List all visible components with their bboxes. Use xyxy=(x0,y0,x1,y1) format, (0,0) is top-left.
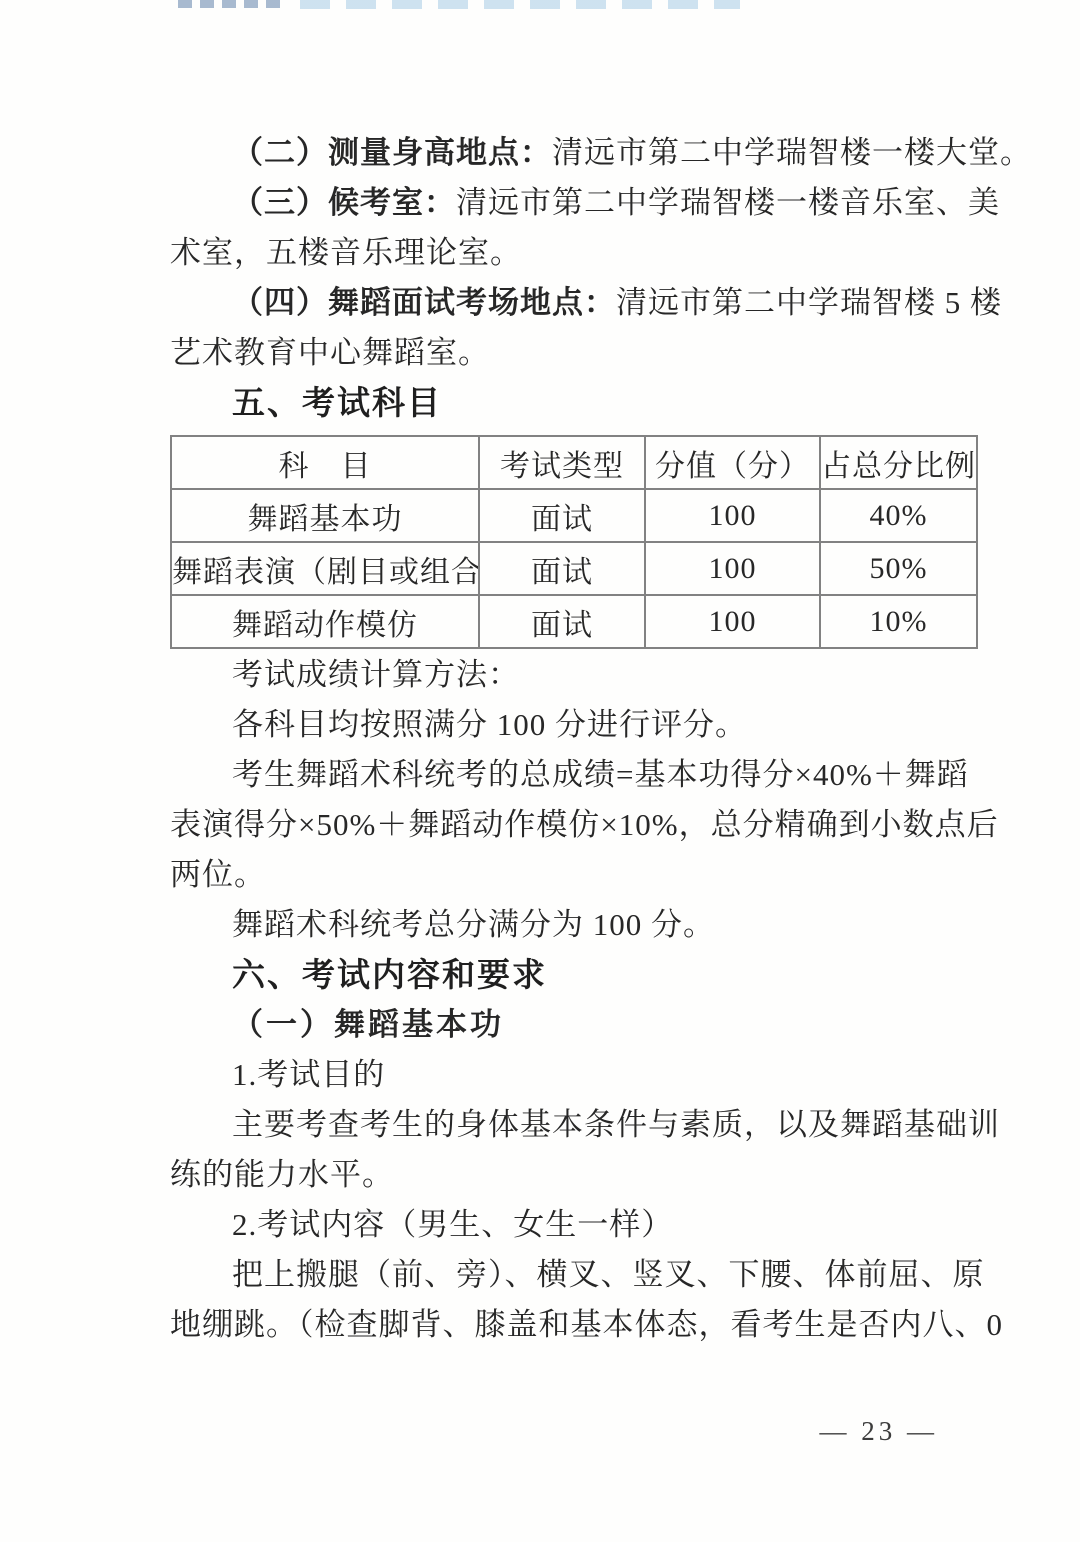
table-cell-weight: 50% xyxy=(820,542,977,595)
calc-method-title: 考试成绩计算方法： xyxy=(170,650,976,700)
table-cell-subject: 舞蹈动作模仿 xyxy=(171,595,479,648)
table-cell-exam-type: 面试 xyxy=(479,542,645,595)
table-cell-exam-type: 面试 xyxy=(479,595,645,648)
table-header-row: 科 目 考试类型 分值（分） 占总分比例 xyxy=(171,436,977,489)
calc-formula-line-1: 考生舞蹈术科统考的总成绩=基本功得分×40%＋舞蹈 xyxy=(170,750,976,800)
clause-3-text: 清远市第二中学瑞智楼一楼音乐室、美 xyxy=(456,185,1000,220)
item-1-title: 1.考试目的 xyxy=(170,1050,976,1100)
item-2-title: 2.考试内容（男生、女生一样） xyxy=(170,1200,976,1250)
clause-2-label: （二）测量身高地点： xyxy=(232,135,552,170)
cropped-header-artifact-dark xyxy=(178,0,288,8)
table-header-subject: 科 目 xyxy=(171,436,479,489)
exam-subjects-table: 科 目 考试类型 分值（分） 占总分比例 舞蹈基本功 面试 100 40% 舞蹈… xyxy=(170,435,978,649)
page-number: — 23 — xyxy=(820,1416,939,1447)
section-6-heading: 六、考试内容和要求 xyxy=(170,950,976,1000)
table-row: 舞蹈基本功 面试 100 40% xyxy=(171,489,977,542)
table-cell-score: 100 xyxy=(645,595,820,648)
calc-line-scoring: 各科目均按照满分 100 分进行评分。 xyxy=(170,700,976,750)
clause-2-line: （二）测量身高地点：清远市第二中学瑞智楼一楼大堂。 xyxy=(170,128,976,178)
section-6-sub1-heading: （一）舞蹈基本功 xyxy=(170,1000,976,1050)
clause-4-line: （四）舞蹈面试考场地点：清远市第二中学瑞智楼 5 楼 xyxy=(170,278,976,328)
table-header-weight: 占总分比例 xyxy=(820,436,977,489)
table-cell-subject: 舞蹈表演（剧目或组合） xyxy=(171,542,479,595)
clause-4-continuation: 艺术教育中心舞蹈室。 xyxy=(170,328,976,378)
clause-4-label: （四）舞蹈面试考场地点： xyxy=(232,285,616,320)
item-2-line-1: 把上搬腿（前、旁）、横叉、竖叉、下腰、体前屈、原 xyxy=(170,1250,976,1300)
section-5-heading: 五、考试科目 xyxy=(170,378,976,428)
clause-4-text: 清远市第二中学瑞智楼 5 楼 xyxy=(616,285,1002,320)
calc-formula-line-3: 两位。 xyxy=(170,850,976,900)
table-cell-subject: 舞蹈基本功 xyxy=(171,489,479,542)
table-header-score: 分值（分） xyxy=(645,436,820,489)
table-row: 舞蹈动作模仿 面试 100 10% xyxy=(171,595,977,648)
clause-3-continuation: 术室，五楼音乐理论室。 xyxy=(170,228,976,278)
document-page: （二）测量身高地点：清远市第二中学瑞智楼一楼大堂。 （三）候考室：清远市第二中学… xyxy=(0,0,1080,1542)
table-header-exam-type: 考试类型 xyxy=(479,436,645,489)
cropped-header-artifact xyxy=(300,0,740,9)
document-content: （二）测量身高地点：清远市第二中学瑞智楼一楼大堂。 （三）候考室：清远市第二中学… xyxy=(170,128,976,1350)
clause-2-text: 清远市第二中学瑞智楼一楼大堂。 xyxy=(552,135,1032,170)
table-cell-score: 100 xyxy=(645,542,820,595)
total-score-line: 舞蹈术科统考总分满分为 100 分。 xyxy=(170,900,976,950)
item-1-line-2: 练的能力水平。 xyxy=(170,1150,976,1200)
table-cell-exam-type: 面试 xyxy=(479,489,645,542)
item-1-line-1: 主要考查考生的身体基本条件与素质，以及舞蹈基础训 xyxy=(170,1100,976,1150)
table-cell-weight: 40% xyxy=(820,489,977,542)
clause-3-label: （三）候考室： xyxy=(232,185,456,220)
item-2-line-2: 地绷跳。（检查脚背、膝盖和基本体态，看考生是否内八、0 xyxy=(170,1300,976,1350)
table-row: 舞蹈表演（剧目或组合） 面试 100 50% xyxy=(171,542,977,595)
clause-3-line: （三）候考室：清远市第二中学瑞智楼一楼音乐室、美 xyxy=(170,178,976,228)
calc-formula-line-2: 表演得分×50%＋舞蹈动作模仿×10%，总分精确到小数点后 xyxy=(170,800,976,850)
table-cell-score: 100 xyxy=(645,489,820,542)
table-cell-weight: 10% xyxy=(820,595,977,648)
